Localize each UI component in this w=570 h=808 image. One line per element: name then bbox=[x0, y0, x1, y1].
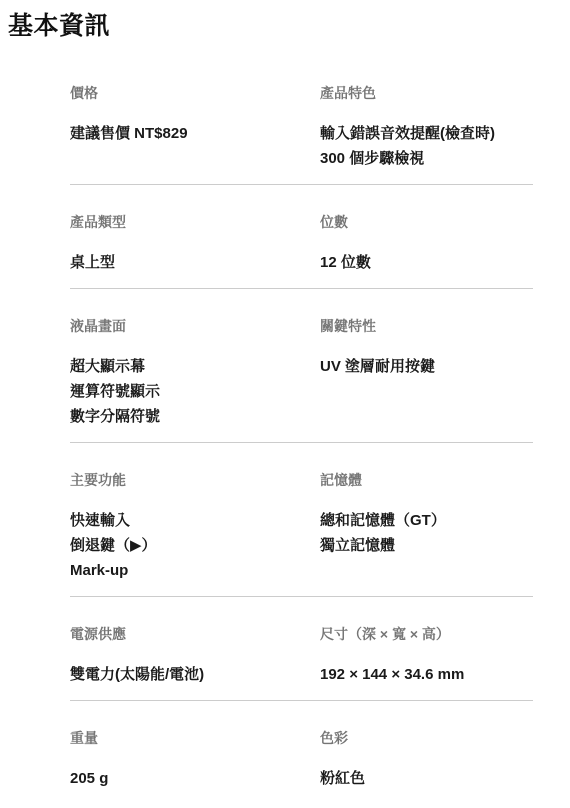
spec-label-functions: 主要功能 bbox=[70, 472, 308, 488]
spec-value-keyfeature: UV 塗層耐用按鍵 bbox=[320, 354, 533, 379]
spec-value-power: 雙電力(太陽能/電池) bbox=[70, 662, 308, 687]
spec-label-power: 電源供應 bbox=[70, 626, 308, 642]
spec-value-display-1: 超大顯示幕 bbox=[70, 354, 308, 379]
spec-col-price: 價格 建議售價 NT$829 bbox=[70, 85, 320, 171]
spec-col-keyfeature: 關鍵特性 UV 塗層耐用按鍵 bbox=[320, 318, 533, 429]
spec-label-features: 產品特色 bbox=[320, 85, 533, 101]
spec-col-features: 產品特色 輸入錯誤音效提醒(檢查時) 300 個步驟檢視 bbox=[320, 85, 533, 171]
spec-row-functions-memory: 主要功能 快速輸入 倒退鍵（▶） Mark-up 記憶體 總和記憶體（GT） 獨… bbox=[70, 443, 533, 597]
spec-row-power-dimensions: 電源供應 雙電力(太陽能/電池) 尺寸（深 × 寬 × 高） 192 × 144… bbox=[70, 597, 533, 701]
spec-row-type-digits: 產品類型 桌上型 位數 12 位數 bbox=[70, 185, 533, 289]
spec-col-type: 產品類型 桌上型 bbox=[70, 214, 320, 275]
spec-label-price: 價格 bbox=[70, 85, 308, 101]
spec-col-memory: 記憶體 總和記憶體（GT） 獨立記憶體 bbox=[320, 472, 533, 583]
spec-value-feature-1: 輸入錯誤音效提醒(檢查時) bbox=[320, 121, 533, 146]
spec-value-memory-1: 總和記憶體（GT） bbox=[320, 508, 533, 533]
spec-label-keyfeature: 關鍵特性 bbox=[320, 318, 533, 334]
spec-col-dimensions: 尺寸（深 × 寬 × 高） 192 × 144 × 34.6 mm bbox=[320, 626, 533, 687]
spec-label-weight: 重量 bbox=[70, 730, 308, 746]
spec-value-digits: 12 位數 bbox=[320, 250, 533, 275]
spec-value-function-1: 快速輸入 bbox=[70, 508, 308, 533]
product-spec-page: 基本資訊 價格 建議售價 NT$829 產品特色 輸入錯誤音效提醒(檢查時) 3… bbox=[0, 0, 570, 808]
spec-row-weight-color: 重量 205 g 色彩 粉紅色 bbox=[70, 701, 533, 804]
spec-value-display-3: 數字分隔符號 bbox=[70, 404, 308, 429]
spec-row-display-keyfeature: 液晶畫面 超大顯示幕 運算符號顯示 數字分隔符號 關鍵特性 UV 塗層耐用按鍵 bbox=[70, 289, 533, 443]
spec-label-digits: 位數 bbox=[320, 214, 533, 230]
spec-label-type: 產品類型 bbox=[70, 214, 308, 230]
spec-value-type: 桌上型 bbox=[70, 250, 308, 275]
spec-col-functions: 主要功能 快速輸入 倒退鍵（▶） Mark-up bbox=[70, 472, 320, 583]
spec-value-weight: 205 g bbox=[70, 766, 308, 791]
spec-value-function-3: Mark-up bbox=[70, 558, 308, 583]
spec-col-weight: 重量 205 g bbox=[70, 730, 320, 791]
spec-value-color: 粉紅色 bbox=[320, 766, 533, 791]
spec-col-digits: 位數 12 位數 bbox=[320, 214, 533, 275]
spec-row-price-features: 價格 建議售價 NT$829 產品特色 輸入錯誤音效提醒(檢查時) 300 個步… bbox=[70, 56, 533, 185]
spec-col-color: 色彩 粉紅色 bbox=[320, 730, 533, 791]
spec-col-power: 電源供應 雙電力(太陽能/電池) bbox=[70, 626, 320, 687]
page-title: 基本資訊 bbox=[8, 12, 570, 40]
spec-label-memory: 記憶體 bbox=[320, 472, 533, 488]
spec-label-display: 液晶畫面 bbox=[70, 318, 308, 334]
spec-value-display-2: 運算符號顯示 bbox=[70, 379, 308, 404]
spec-value-price: 建議售價 NT$829 bbox=[70, 121, 308, 146]
spec-value-dimensions: 192 × 144 × 34.6 mm bbox=[320, 662, 533, 687]
spec-label-color: 色彩 bbox=[320, 730, 533, 746]
spec-label-dimensions: 尺寸（深 × 寬 × 高） bbox=[320, 626, 533, 642]
spec-table: 價格 建議售價 NT$829 產品特色 輸入錯誤音效提醒(檢查時) 300 個步… bbox=[70, 56, 533, 804]
spec-col-display: 液晶畫面 超大顯示幕 運算符號顯示 數字分隔符號 bbox=[70, 318, 320, 429]
spec-value-memory-2: 獨立記憶體 bbox=[320, 533, 533, 558]
spec-value-feature-2: 300 個步驟檢視 bbox=[320, 146, 533, 171]
spec-value-function-2: 倒退鍵（▶） bbox=[70, 533, 308, 558]
